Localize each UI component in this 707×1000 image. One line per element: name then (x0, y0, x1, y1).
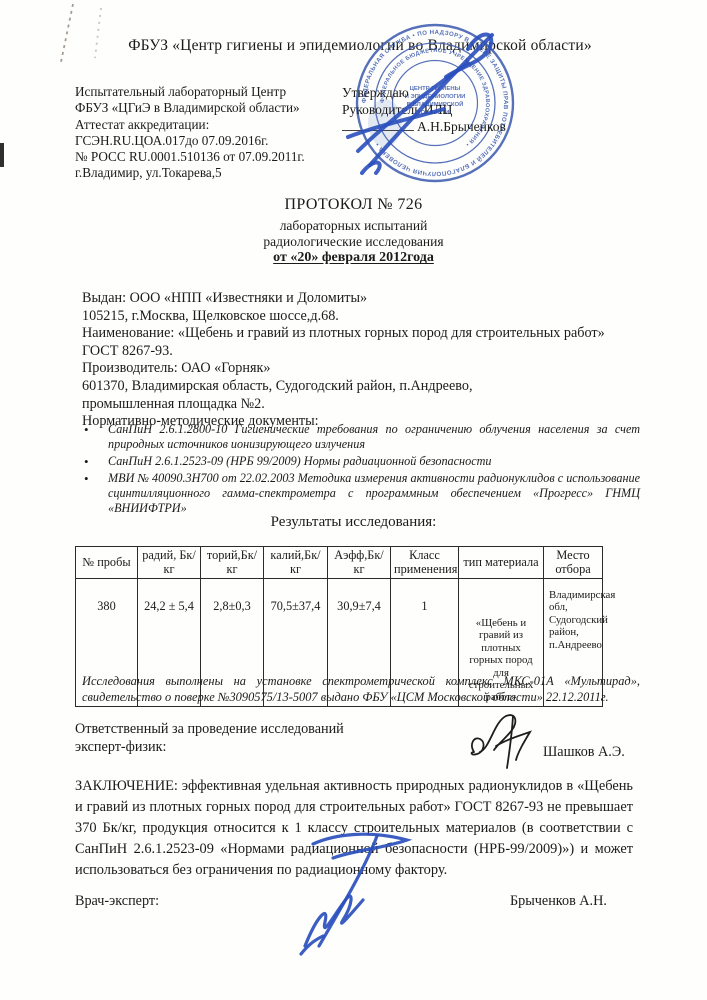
approval-label: Утверждаю (342, 84, 506, 101)
normative-documents-list: СанПиН 2.6.1.2800-10 Гигиенические требо… (108, 422, 640, 518)
details-line: промышленная площадка №2. (82, 396, 647, 414)
lab-info-line: № РОСС RU.0001.510136 от 07.09.2011г. (75, 149, 305, 165)
results-table-header-row: № пробы радий, Бк/кг торий,Бк/кг калий,Б… (76, 547, 603, 579)
sample-details-block: Выдан: ООО «НПП «Известняки и Доломиты» … (82, 290, 647, 431)
responsible-block: Ответственный за проведение исследований… (75, 721, 344, 757)
details-line: 601370, Владимирская область, Судогодски… (82, 378, 647, 396)
normative-doc-item: СанПиН 2.6.1.2523-09 (НРБ 99/2009) Нормы… (108, 454, 640, 469)
scan-edge-mark (0, 143, 4, 167)
normative-doc-item: МВИ № 40090.3Н700 от 22.02.2003 Методика… (108, 471, 640, 516)
col-material-type: тип материала (459, 547, 544, 579)
doctor-name: Брыченков А.Н. (510, 893, 607, 910)
col-application-class: Класс применения (391, 547, 459, 579)
col-potassium: калий,Бк/кг (264, 547, 328, 579)
physicist-name: Шашков А.Э. (543, 744, 625, 761)
signature-line (342, 118, 414, 131)
protocol-subtitle-1: лабораторных испытаний (0, 218, 707, 234)
lab-info-line: г.Владимир, ул.Токарева,5 (75, 165, 305, 181)
doctor-role: Врач-эксперт: (75, 893, 159, 910)
col-radium: радий, Бк/кг (138, 547, 201, 579)
normative-doc-item: СанПиН 2.6.1.2800-10 Гигиенические требо… (108, 422, 640, 452)
laboratory-info-block: Испытательный лабораторный Центр ФБУЗ «Ц… (75, 84, 305, 182)
lab-info-line: Аттестат аккредитации: (75, 117, 305, 133)
physicist-signature (466, 708, 550, 774)
conclusion-paragraph: ЗАКЛЮЧЕНИЕ: эффективная удельная активно… (75, 776, 633, 881)
details-line: Производитель: ОАО «Горняк» (82, 360, 647, 378)
protocol-document-page: ФБУЗ «Центр гигиены и эпидемиологии во В… (0, 0, 707, 1000)
lab-info-line: ГСЭН.RU.ЦОА.017до 07.09.2016г. (75, 133, 305, 149)
details-line: Выдан: ООО «НПП «Известняки и Доломиты» (82, 290, 647, 308)
lab-info-line: Испытательный лабораторный Центр (75, 84, 305, 100)
approver-name: А.Н.Брыченков (417, 119, 506, 134)
col-sampling-place: Место отбора (544, 547, 603, 579)
details-line: 105215, г.Москва, Щелковское шоссе,д.68. (82, 308, 647, 326)
results-heading: Результаты исследования: (0, 514, 707, 531)
protocol-title-block: ПРОТОКОЛ № 726 лабораторных испытаний ра… (0, 196, 707, 266)
approval-block: Утверждаю Руководитель ИЛЦ А.Н.Брыченков (342, 84, 506, 135)
col-aeff: Аэфф,Бк/кг (328, 547, 391, 579)
approval-role: Руководитель ИЛЦ (342, 101, 506, 118)
equipment-note: Исследования выполнены на установке спек… (82, 674, 640, 706)
scan-artifact-marks (55, 0, 125, 70)
lab-info-line: ФБУЗ «ЦГиЭ в Владимирской области» (75, 100, 305, 116)
col-sample-no: № пробы (76, 547, 138, 579)
col-thorium: торий,Бк/кг (201, 547, 264, 579)
protocol-subtitle-2: радиологические исследования (0, 234, 707, 250)
responsible-line: эксперт-физик: (75, 739, 344, 757)
details-line: ГОСТ 8267-93. (82, 343, 647, 361)
protocol-date: от «20» февраля 2012года (0, 250, 707, 266)
details-line: Наименование: «Щебень и гравий из плотны… (82, 325, 647, 343)
protocol-number: ПРОТОКОЛ № 726 (0, 196, 707, 214)
responsible-line: Ответственный за проведение исследований (75, 721, 344, 739)
